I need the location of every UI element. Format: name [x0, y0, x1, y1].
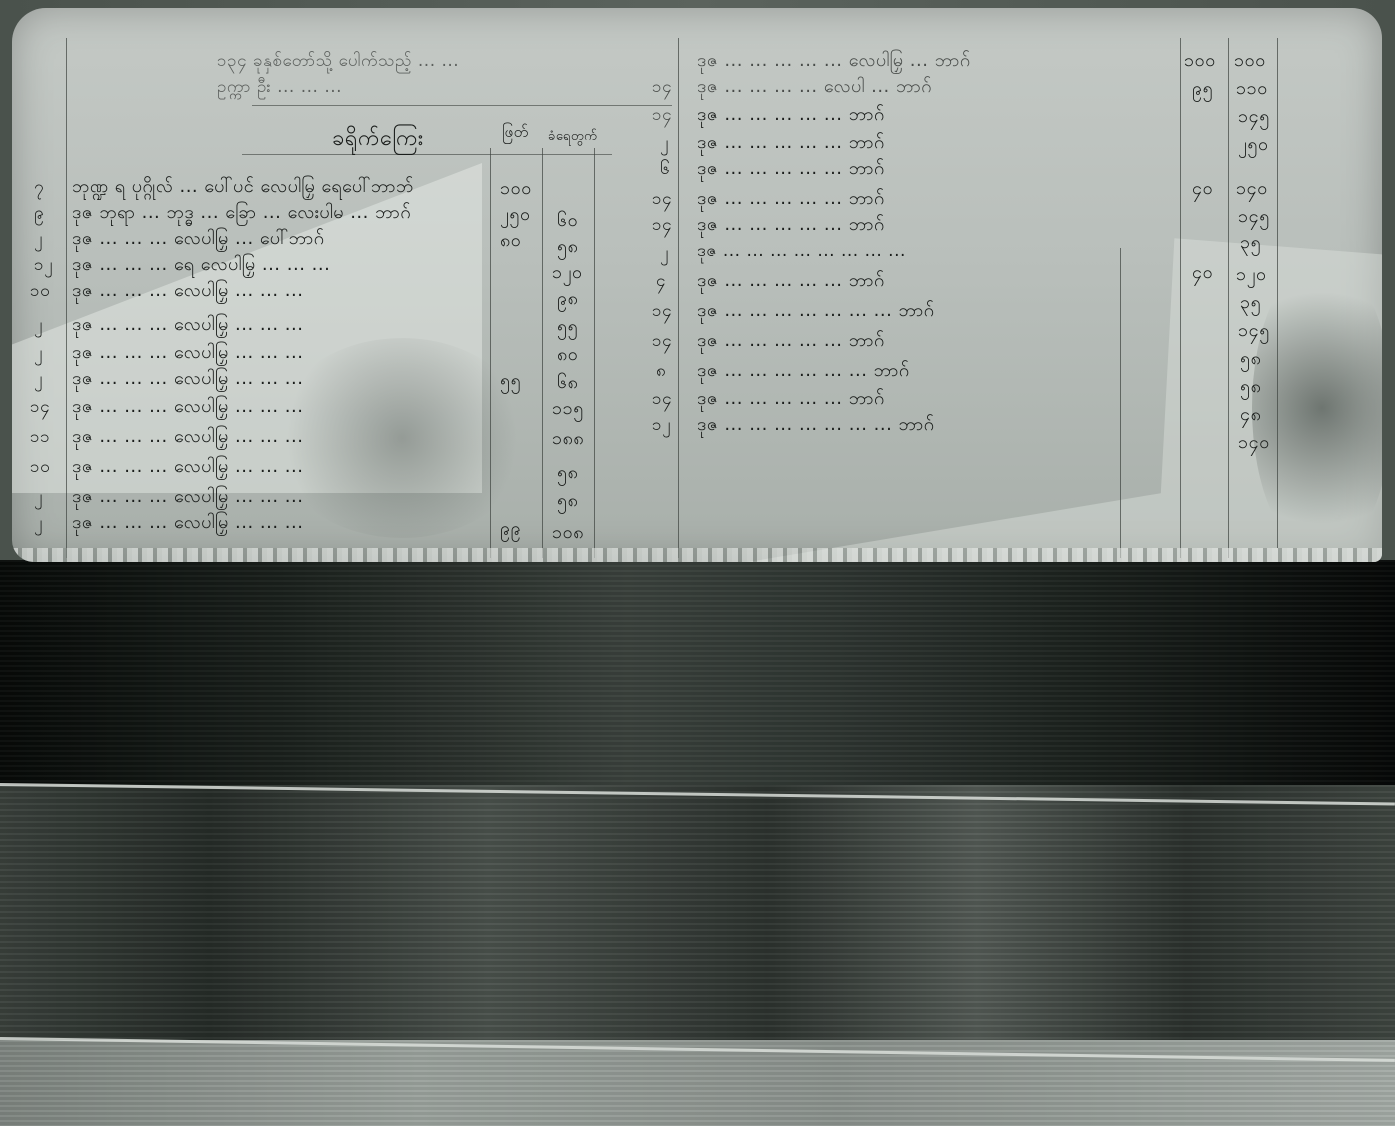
stain — [1252, 258, 1382, 558]
row-text: ဒုဇ ... ... ... လေပါမြှ ... ပေါ်ဘာဂ် — [72, 226, 325, 253]
row-value: ၃၅ — [1240, 230, 1261, 257]
row-text: ဒုဇ ... ... ... ရေ လေပါမြှ ... ... ... — [72, 252, 330, 279]
row-value: ၂၅၀ — [1238, 132, 1269, 159]
column-header: ဖြတ် — [502, 123, 529, 145]
row-text: ဒုဇ ... ... ... ... ... ဘာဂ် — [697, 212, 885, 239]
row-text: ဒုဇ ... ... ... ... ... လေပါမြှ ... ဘာဂ် — [697, 48, 971, 75]
row-value: ၉၅ — [1192, 76, 1213, 103]
row-value: ၉၈ — [557, 286, 578, 313]
row-value: ၄၀ — [1192, 260, 1213, 287]
row-number: ၈ — [656, 360, 666, 385]
row-value: ၆၀ — [557, 208, 578, 235]
row-text: ဒုဇ ... ... ... လေပါမြှ ... ... ... — [72, 340, 303, 367]
row-number: ၄ — [656, 270, 666, 295]
row-text: ဘုဏ္ဍ ရ ပုဂ္ဂိုလ် ... ပေါ်ပင် လေပါမြှ ရေ… — [72, 174, 414, 201]
header-rule — [252, 105, 672, 106]
row-value: ၅၈ — [1240, 346, 1261, 373]
margin-line — [66, 38, 67, 558]
row-value: ၁၄၅ — [1238, 204, 1270, 231]
row-text: ဒုဇ ... ... ... ... ... ဘာဂ် — [697, 268, 885, 295]
plank-dark — [0, 560, 1395, 785]
row-value: ၁၂၀ — [1236, 262, 1267, 289]
column-line — [594, 148, 595, 558]
document-header-line: ဥက္ကာ ဦး ... ... ... — [217, 76, 342, 101]
row-text: ဒုဇ ... ... ... ... ... ... ... ဘာဂ် — [697, 412, 935, 439]
row-text: ဒုဇ ... ... ... ... ... ... ဘာဂ် — [697, 358, 910, 385]
row-text: ဒုဇ ... ... ... ... ... ဘာဂ် — [697, 102, 885, 129]
row-text: ဒုဇ ... ... ... ... ... ဘာဂ် — [697, 186, 885, 213]
row-number: ၁၄ — [652, 214, 672, 239]
row-number: ၁၂ — [34, 254, 53, 279]
row-number: ၁၀ — [30, 456, 50, 481]
row-text: ဒုဇ ... ... ... လေပါမြှ ... ... ... — [72, 312, 303, 339]
row-value: ၁၄၅ — [1238, 318, 1270, 345]
row-text: ဒုဇ ... ... ... လေပါမြှ ... ... ... — [72, 484, 303, 511]
row-number: ၂ — [34, 512, 43, 537]
row-text: ဒုဇ ... ... ... ... ... ... ... ဘာဂ် — [697, 298, 935, 325]
row-number: ၂ — [34, 342, 43, 367]
row-number: ၂ — [34, 486, 43, 511]
manuscript-tablet: ၁၃၄ ခုနှစ်တော်သို့ ပေါက်သည့် ... ... ဥက္… — [12, 8, 1382, 562]
row-value: ၁၀၀ — [1234, 48, 1266, 75]
column-header: ခံရေတွက် — [548, 128, 597, 147]
row-number: ၁၄ — [30, 396, 50, 421]
stain — [272, 338, 532, 538]
document-header-line: ၁၃၄ ခုနှစ်တော်သို့ ပေါက်သည့် ... ... — [217, 50, 459, 75]
row-value: ၁၁၅ — [552, 396, 584, 423]
column-line — [1228, 38, 1229, 558]
column-line — [678, 38, 679, 558]
row-value: ၅၈ — [557, 234, 578, 261]
plank-bottom — [0, 1040, 1395, 1126]
row-value: ၄၀ — [1192, 176, 1213, 203]
row-number: ၁၄ — [652, 188, 672, 213]
row-text: ဒုဇ ... ... ... လေပါမြှ ... ... ... — [72, 394, 303, 421]
row-value: ၁၂၀ — [552, 260, 583, 287]
row-text: ဒုဇ ... ... ... လေပါမြှ ... ... ... — [72, 278, 303, 305]
row-value: ၁၈၈ — [552, 426, 584, 453]
row-text: ဒုဇ ... ... ... ... ... ဘာဂ် — [697, 156, 885, 183]
row-number: ၂ — [660, 242, 669, 267]
row-value: ၆၈ — [557, 370, 578, 397]
row-text: ဒုဇ ဘုရာ ... ဘုဒ္ဓ ... ခြော ... လေးပါမ .… — [72, 200, 411, 227]
row-number: ၆ — [660, 158, 670, 183]
row-number: ၁၁ — [30, 426, 50, 451]
row-value: ၅၅ — [557, 314, 578, 341]
row-value: ၁၄၀ — [1238, 430, 1270, 457]
header-rule — [242, 154, 612, 155]
row-number: ၂ — [34, 314, 43, 339]
row-value: ၅၈ — [557, 460, 578, 487]
column-line — [490, 148, 491, 558]
row-text: ဒုဇ ... ... ... လေပါမြှ ... ... ... — [72, 366, 303, 393]
row-value: ၁၄၀ — [1236, 176, 1268, 203]
row-value: ၅၈ — [557, 488, 578, 515]
row-value: ၁၁၀ — [1236, 76, 1268, 103]
row-text: ဒုဇ ... ... ... ... ... ... ... ... — [697, 240, 906, 265]
row-number: ၁၄ — [652, 300, 672, 325]
row-number: ၇ — [34, 176, 44, 201]
row-text: ဒုဇ ... ... ... ... ... ဘာဂ် — [697, 386, 885, 413]
row-value: ၃၅ — [1240, 290, 1261, 317]
row-number: ၂ — [660, 132, 669, 157]
column-line — [1277, 38, 1278, 548]
column-line — [1120, 248, 1121, 558]
row-number: ၁၂ — [652, 414, 671, 439]
row-number: ၁၄ — [652, 330, 672, 355]
row-text: ဒုဇ ... ... ... ... ... ဘာဂ် — [697, 328, 885, 355]
row-value: ၅၈ — [1240, 374, 1261, 401]
row-text: ဒုဇ ... ... ... လေပါမြှ ... ... ... — [72, 510, 303, 537]
plank-middle — [0, 785, 1395, 1040]
row-number: ၁၄ — [652, 76, 672, 101]
row-text: ဒုဇ ... ... ... ... လေပါ ... ဘာဂ် — [697, 74, 932, 101]
row-value: ၁၀၀ — [500, 176, 532, 203]
row-value: ၄၈ — [1240, 402, 1261, 429]
row-value: ၉၉ — [500, 516, 521, 543]
column-line — [542, 148, 543, 558]
column-line — [1180, 38, 1181, 558]
row-number: ၂ — [34, 228, 43, 253]
row-value: ၁၄၅ — [1238, 104, 1270, 131]
row-text: ဒုဇ ... ... ... လေပါမြှ ... ... ... — [72, 424, 303, 451]
row-text: ဒုဇ ... ... ... ... ... ဘာဂ် — [697, 130, 885, 157]
row-value: ၅၅ — [500, 368, 521, 395]
column-header: ခရိုက်ကြေး — [332, 123, 424, 156]
row-value: ၁၀၀ — [1184, 48, 1216, 75]
row-value: ၂၅၀ — [500, 202, 531, 229]
row-number: ၉ — [34, 202, 44, 227]
row-number: ၂ — [34, 368, 43, 393]
row-text: ဒုဇ ... ... ... လေပါမြှ ... ... ... — [72, 454, 303, 481]
row-number: ၁၄ — [652, 388, 672, 413]
row-value: ၈၀ — [557, 342, 578, 369]
row-number: ၁၀ — [30, 280, 50, 305]
row-value: ၁၀၈ — [552, 520, 584, 547]
row-number: ၁၄ — [652, 104, 672, 129]
row-value: ၈၀ — [500, 228, 521, 255]
